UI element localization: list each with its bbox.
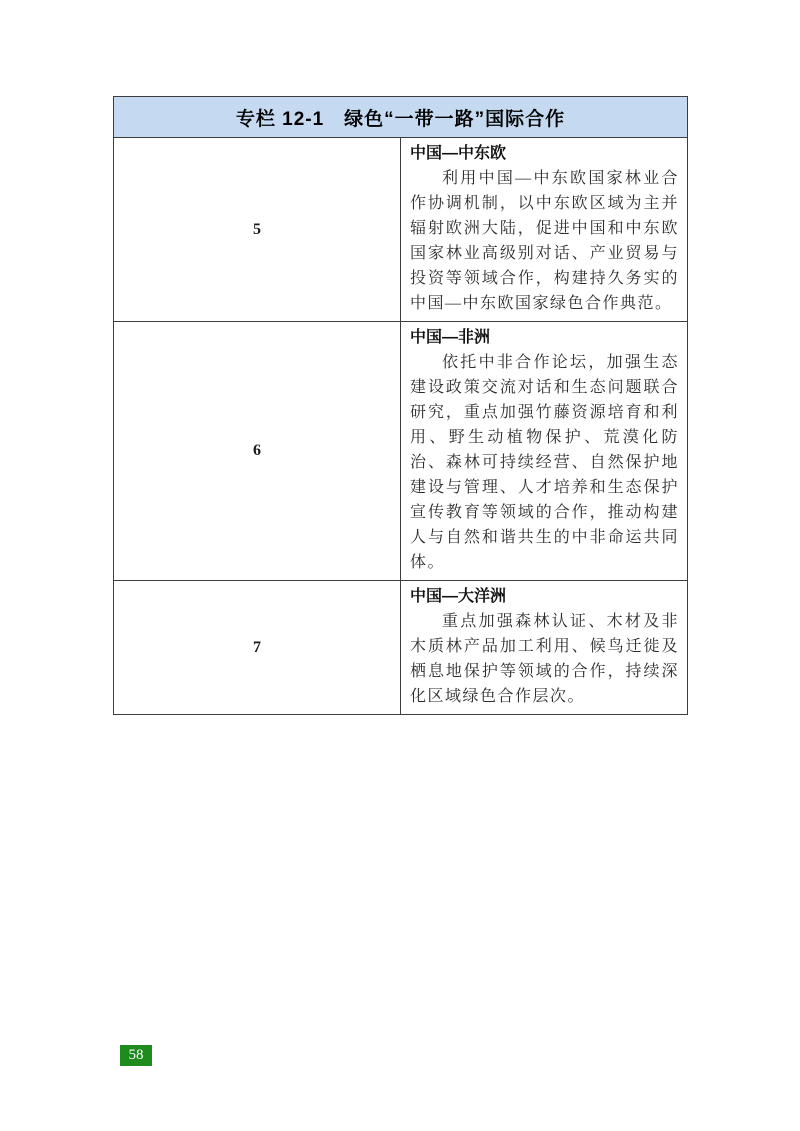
table-row: 5 中国—中东欧 利用中国—中东欧国家林业合作协调机制，以中东欧区域为主并辐射欧… (114, 138, 688, 322)
column-12-1-table: 专栏 12-1 绿色“一带一路”国际合作 5 中国—中东欧 利用中国—中东欧国家… (113, 96, 688, 715)
row-body: 重点加强森林认证、木材及非木质林产品加工利用、候鸟迁徙及栖息地保护等领域的合作，… (410, 609, 679, 709)
table-title: 专栏 12-1 绿色“一带一路”国际合作 (114, 97, 688, 138)
row-number: 7 (114, 581, 401, 715)
row-heading: 中国—大洋洲 (410, 584, 679, 609)
document-page: { "table": { "title": "专栏 12-1 绿色“一带一路”国… (0, 0, 800, 1131)
row-number: 6 (114, 322, 401, 581)
row-content: 中国—中东欧 利用中国—中东欧国家林业合作协调机制，以中东欧区域为主并辐射欧洲大… (401, 138, 688, 322)
table-row: 7 中国—大洋洲 重点加强森林认证、木材及非木质林产品加工利用、候鸟迁徙及栖息地… (114, 581, 688, 715)
page-number-badge: 58 (120, 1045, 152, 1066)
row-number: 5 (114, 138, 401, 322)
table-row: 6 中国—非洲 依托中非合作论坛，加强生态建设政策交流对话和生态问题联合研究，重… (114, 322, 688, 581)
row-content: 中国—非洲 依托中非合作论坛，加强生态建设政策交流对话和生态问题联合研究，重点加… (401, 322, 688, 581)
row-heading: 中国—中东欧 (410, 141, 679, 166)
row-body: 利用中国—中东欧国家林业合作协调机制，以中东欧区域为主并辐射欧洲大陆，促进中国和… (410, 166, 679, 316)
table-header-row: 专栏 12-1 绿色“一带一路”国际合作 (114, 97, 688, 138)
row-body: 依托中非合作论坛，加强生态建设政策交流对话和生态问题联合研究，重点加强竹藤资源培… (410, 350, 679, 575)
row-content: 中国—大洋洲 重点加强森林认证、木材及非木质林产品加工利用、候鸟迁徙及栖息地保护… (401, 581, 688, 715)
row-heading: 中国—非洲 (410, 325, 679, 350)
